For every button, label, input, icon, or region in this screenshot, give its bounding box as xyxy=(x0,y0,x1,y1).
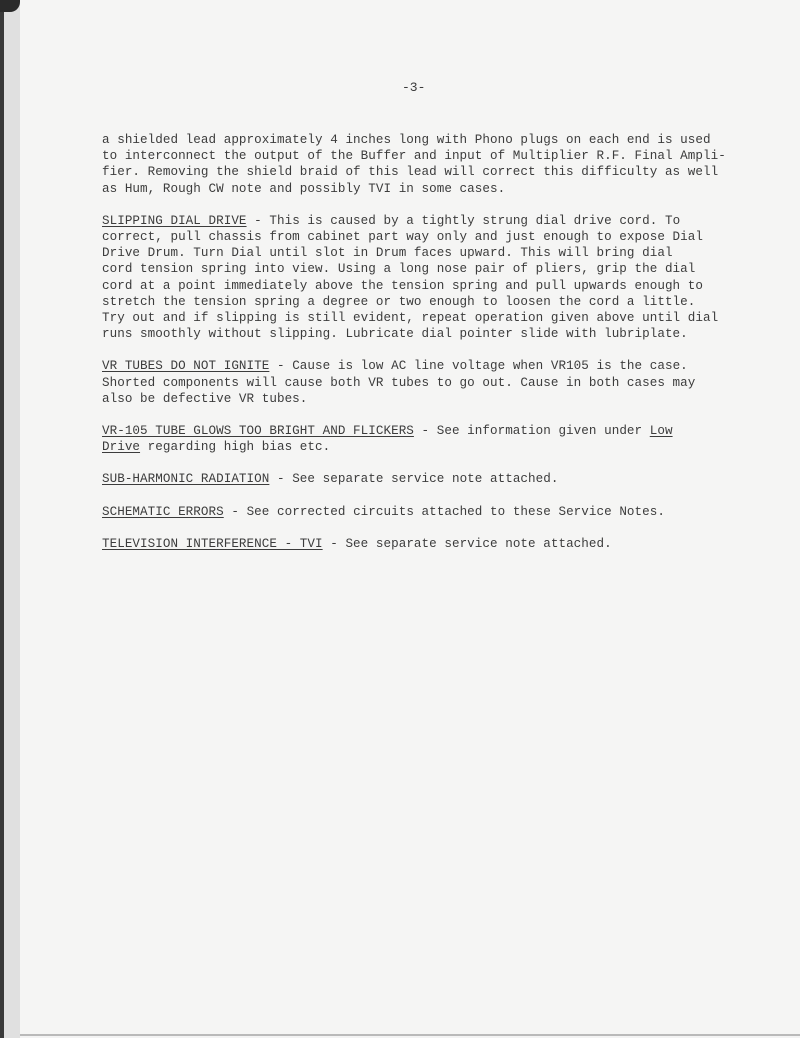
paragraph-text: regarding high bias etc. xyxy=(140,440,330,454)
paragraph-text: This is caused by a tightly strung dial … xyxy=(102,214,718,341)
section-heading: SUB-HARMONIC RADIATION xyxy=(102,472,269,486)
paragraph-television-interference: TELEVISION INTERFERENCE - TVI - See sepa… xyxy=(102,536,772,552)
scan-edge xyxy=(0,0,4,1038)
paragraph-text: a shielded lead approximately 4 inches l… xyxy=(102,133,726,196)
paragraph-vr105-glows: VR-105 TUBE GLOWS TOO BRIGHT AND FLICKER… xyxy=(102,423,772,455)
section-heading: VR-105 TUBE GLOWS TOO BRIGHT AND FLICKER… xyxy=(102,424,414,438)
scan-border xyxy=(4,0,20,1038)
document-body: a shielded lead approximately 4 inches l… xyxy=(102,132,772,568)
paragraph-slipping-dial-drive: SLIPPING DIAL DRIVE - This is caused by … xyxy=(102,213,772,343)
section-heading: VR TUBES DO NOT IGNITE xyxy=(102,359,269,373)
page-number: -3- xyxy=(402,80,425,95)
paragraph-text-before-reference: See information given under xyxy=(437,424,650,438)
paragraph-vr-tubes-do-not-ignite: VR TUBES DO NOT IGNITE - Cause is low AC… xyxy=(102,358,772,407)
heading-separator: - xyxy=(269,472,292,486)
heading-separator: - xyxy=(269,359,292,373)
paragraph-sub-harmonic-radiation: SUB-HARMONIC RADIATION - See separate se… xyxy=(102,471,772,487)
heading-separator: - xyxy=(224,505,247,519)
paragraph-text: See separate service note attached. xyxy=(345,537,611,551)
paragraph-shielded-lead: a shielded lead approximately 4 inches l… xyxy=(102,132,772,197)
section-heading: SCHEMATIC ERRORS xyxy=(102,505,224,519)
section-heading: SLIPPING DIAL DRIVE xyxy=(102,214,247,228)
heading-separator: - xyxy=(247,214,270,228)
paragraph-text: See separate service note attached. xyxy=(292,472,558,486)
heading-separator: - xyxy=(414,424,437,438)
heading-separator: - xyxy=(323,537,346,551)
paragraph-text: See corrected circuits attached to these… xyxy=(247,505,665,519)
section-heading: TELEVISION INTERFERENCE - TVI xyxy=(102,537,323,551)
paragraph-schematic-errors: SCHEMATIC ERRORS - See corrected circuit… xyxy=(102,504,772,520)
